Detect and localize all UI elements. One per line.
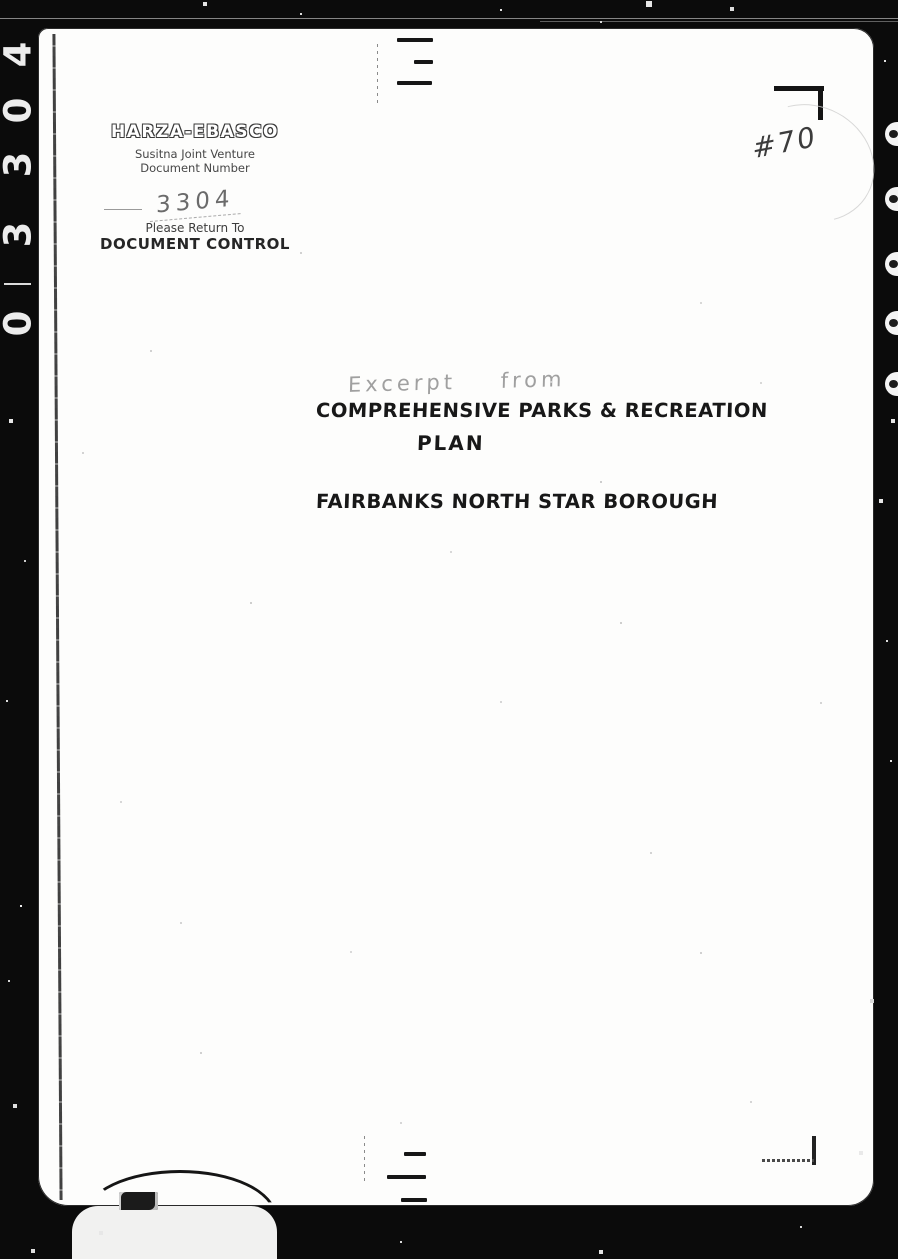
stamp-doc-number-row: 3304 xyxy=(96,189,294,219)
dotted-line-artifact xyxy=(364,1136,365,1184)
handwritten-doc-number: 3304 xyxy=(150,185,241,222)
scan-line-artifact xyxy=(0,18,898,19)
dotted-line-artifact xyxy=(377,44,378,104)
film-margin-digit: 4 xyxy=(0,37,37,73)
protruding-tab xyxy=(72,1206,277,1259)
clip-fastener xyxy=(119,1192,158,1210)
binder-hole xyxy=(885,187,898,211)
registration-dash xyxy=(397,38,433,42)
stamp-venture-line: Susitna Joint Venture xyxy=(96,147,294,161)
micro-print-mark xyxy=(762,1159,814,1162)
binder-hole xyxy=(885,311,898,335)
stamp-control-line: DOCUMENT CONTROL xyxy=(96,235,294,253)
document-control-stamp: HARZA-EBASCO Susitna Joint Venture Docum… xyxy=(96,122,294,253)
film-margin-separator xyxy=(4,283,31,285)
registration-dash xyxy=(414,60,433,64)
registration-dash xyxy=(397,81,432,85)
stamp-return-line: Please Return To xyxy=(96,221,294,235)
film-margin-digit: 3 xyxy=(0,147,37,183)
binder-hole xyxy=(885,122,898,146)
binder-hole xyxy=(885,252,898,276)
underline-dash xyxy=(104,209,142,210)
film-margin-digit: 3 xyxy=(0,217,37,253)
paper-noise xyxy=(0,0,2,2)
registration-dash xyxy=(387,1175,426,1179)
document-title-line1: COMPREHENSIVE PARKS & RECREATION xyxy=(316,399,769,422)
scan-line-artifact xyxy=(540,21,898,22)
document-subtitle: FAIRBANKS NORTH STAR BOROUGH xyxy=(316,490,719,513)
registration-dash xyxy=(404,1152,426,1156)
registration-dash xyxy=(401,1198,427,1202)
binder-hole xyxy=(885,372,898,396)
scanned-document-page: 4 0 3 3 0 HARZA-EBASCO Susitna Joint Ven… xyxy=(0,0,898,1259)
document-title-line2: PLAN xyxy=(417,431,485,455)
film-margin-digit: 0 xyxy=(0,306,37,342)
stamp-doc-number-label: Document Number xyxy=(96,161,294,175)
film-margin-digit: 0 xyxy=(0,93,37,129)
stamp-brand-text: HARZA-EBASCO xyxy=(96,122,294,142)
corner-bracket-mark xyxy=(774,86,824,91)
